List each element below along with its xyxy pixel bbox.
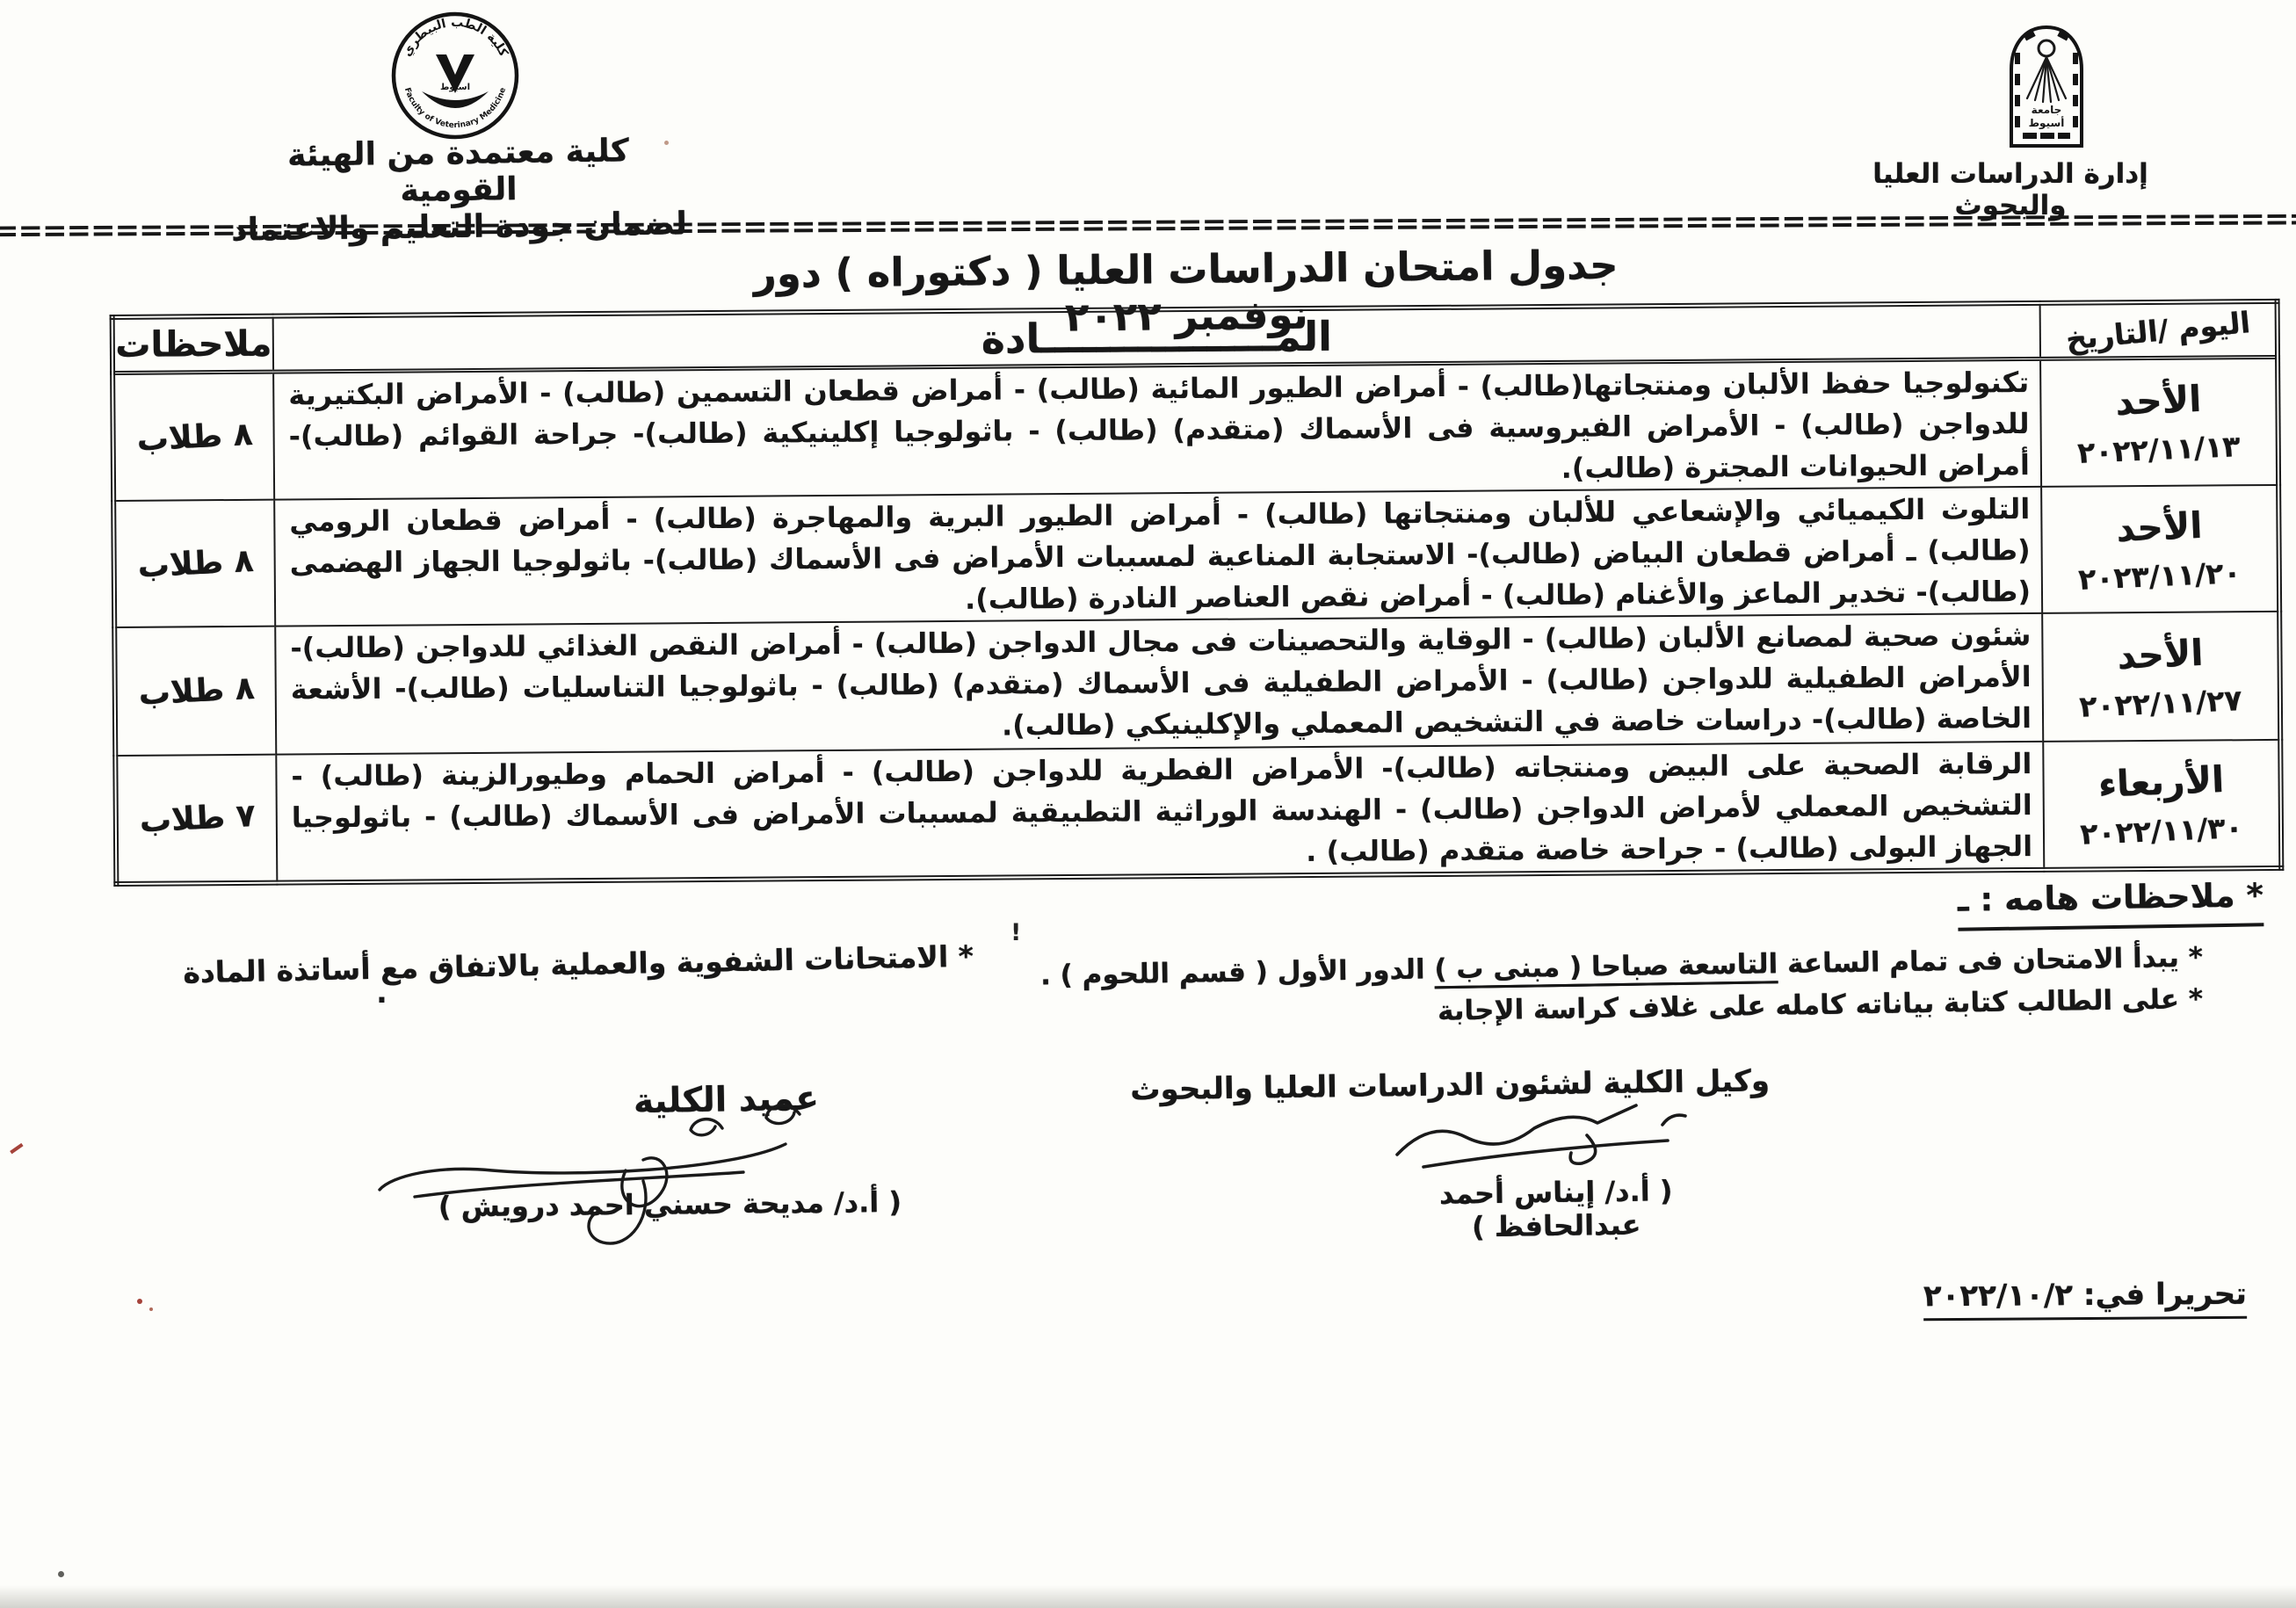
note-oral-exams-period: .: [376, 975, 387, 1010]
day-date-cell: الأربعاء ٢٠٢٢/١١/٣٠: [2043, 740, 2281, 870]
day-label: الأحد: [2040, 374, 2276, 426]
notes-label: ٨ طلاب: [135, 416, 253, 458]
emblem-text-2: أسيوط: [2029, 116, 2065, 130]
note-student-data: * على الطالب كتابة بياناته كامله على غلا…: [1438, 983, 2204, 1027]
accreditation-caption-line1: كلية معتمدة من الهيئة القومية: [229, 132, 687, 212]
note-exam-start-suffix: الدور الأول ( قسم اللحوم ) .: [1040, 953, 1435, 991]
seal-crescent: [422, 91, 489, 108]
notes-cell: ٨ طلاب: [113, 500, 275, 627]
svg-text:اسيوط: اسيوط: [440, 83, 470, 92]
column-header-notes: ملاحظات: [112, 316, 273, 373]
svg-text:كلية الطب البيطري: كلية الطب البيطري: [400, 16, 511, 60]
column-header-day-date: اليوم /التاريخ: [2040, 301, 2278, 359]
table-row: الأربعاء ٢٠٢٢/١١/٣٠ الرقابة الصحية على ا…: [115, 740, 2281, 884]
table-row: الأحد ٢٠٢٢/١١/١٣ تكنولوجيا حفظ الألبان و…: [112, 357, 2278, 501]
red-ink-speck: [4, 1136, 23, 1155]
day-date-cell: الأحد ٢٠٢٢/١١/٢٧: [2042, 612, 2280, 742]
important-notes-title: * ملاحظات هامه : ـ: [1958, 876, 2264, 931]
note-exam-start: * يبدأ الامتحان فى تمام الساعة التاسعة ص…: [1040, 942, 2203, 992]
note-exam-start-underlined: التاسعة صباحا ( مبنى ب ): [1434, 948, 1778, 985]
red-ink-speck: [137, 1299, 142, 1304]
university-emblem-logo: جامعة أسيوط: [2000, 23, 2093, 151]
subject-cell: تكنولوجيا حفظ الألبان ومنتجاتها(طالب) - …: [273, 359, 2041, 499]
scanned-document: كلية الطب البيطري Faculty of Veterinary …: [0, 0, 2296, 1608]
scan-speck: [664, 141, 669, 145]
red-ink-speck: [149, 1307, 153, 1311]
subject-cell: الرقابة الصحية على البيض ومنتجاته (طالب)…: [276, 742, 2044, 883]
day-date-cell: الأحد ٢٠٢٣/١١/٢٠: [2041, 485, 2279, 613]
issued-date: تحريرا في: ٢٠٢٢/١٠/٢: [1923, 1277, 2247, 1322]
table-row: الأحد ٢٠٢٣/١١/٢٠ التلوث الكيميائي والإشع…: [113, 485, 2279, 627]
vice-dean-title: وكيل الكلية لشئون الدراسات العليا والبحو…: [1309, 1063, 1771, 1105]
notes-label: ٨ طلاب: [137, 670, 255, 712]
scanner-edge-shadow: [0, 1585, 2296, 1608]
note-oral-exams: * الامتحانات الشفوية والعملية بالاتفاق م…: [344, 939, 974, 987]
exam-schedule-table: اليوم /التاريخ المـــــــــــــــــادة م…: [110, 299, 2285, 887]
notes-label: ٨ طلاب: [136, 542, 254, 584]
notes-label: ٧ طلاب: [138, 797, 256, 839]
date-label: ٢٠٢٢/١١/٣٠: [2044, 808, 2278, 852]
notes-cell: ٧ طلاب: [115, 755, 277, 884]
stray-mark: !: [1010, 919, 1021, 946]
table-row: الأحد ٢٠٢٢/١١/٢٧ شئون صحية لمصانع الألبا…: [114, 612, 2280, 756]
date-label: ٢٠٢٢/١١/١٣: [2041, 427, 2276, 471]
dean-signature: [353, 1090, 854, 1252]
subject-cell: التلوث الكيميائي والإشعاعي للألبان ومنتج…: [274, 487, 2042, 627]
notes-cell: ٨ طلاب: [112, 372, 274, 501]
note-exam-start-prefix: * يبدأ الامتحان فى تمام الساعة: [1778, 942, 2203, 981]
date-label: ٢٠٢٢/١١/٢٧: [2043, 681, 2278, 725]
vice-dean-signature: [1373, 1100, 1750, 1181]
faculty-seal-logo: كلية الطب البيطري Faculty of Veterinary …: [388, 9, 522, 142]
column-header-day-date-label: اليوم /التاريخ: [2064, 305, 2251, 357]
day-label: الأحد: [2043, 628, 2278, 680]
day-label: الأربعاء: [2044, 756, 2279, 808]
notes-cell: ٨ طلاب: [114, 627, 276, 756]
vice-dean-name: ( أ.د/ إيناس أحمد عبدالحافظ ): [1366, 1173, 1745, 1245]
subject-cell: شئون صحية لمصانع الألبان (طالب) - الوقاي…: [275, 613, 2043, 755]
emblem-text-1: جامعة: [2032, 104, 2062, 116]
scan-speck: [58, 1571, 64, 1577]
day-date-cell: الأحد ٢٠٢٢/١١/١٣: [2040, 357, 2278, 486]
dean-name: ( أ.د/ مديحة حسني احمد درويش ): [383, 1185, 902, 1224]
date-label: ٢٠٢٣/١١/٢٠: [2042, 554, 2277, 598]
day-label: الأحد: [2042, 501, 2278, 553]
